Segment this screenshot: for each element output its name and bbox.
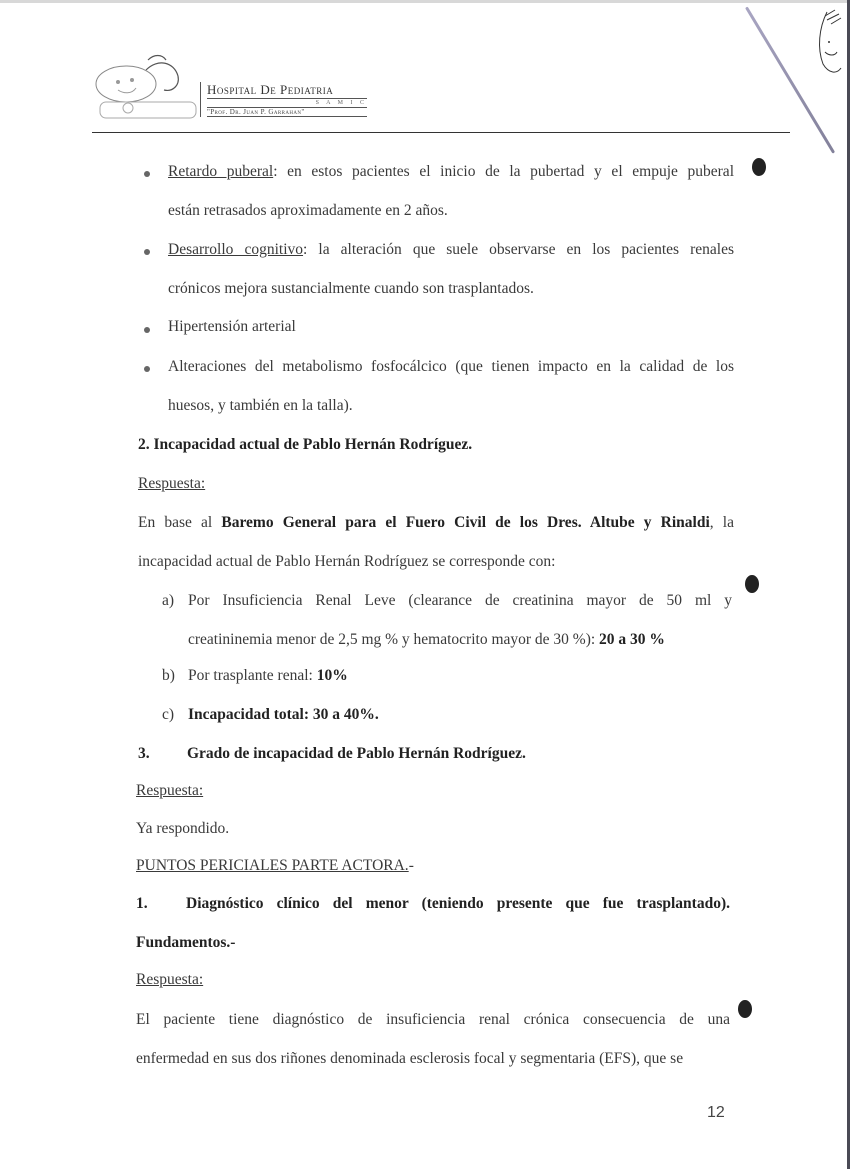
actora-answer-line2: enfermedad en sus dos riñones denominada… bbox=[136, 1050, 683, 1068]
hospital-logo: Hospital De Pediatria S A M I C "Prof. D… bbox=[88, 52, 368, 130]
bullet-icon bbox=[144, 171, 150, 177]
bullet-desarrollo-cont: crónicos mejora sustancialmente cuando s… bbox=[168, 280, 534, 298]
answer-label: Respuesta: bbox=[136, 782, 203, 800]
actora-q1-number: 1. bbox=[136, 895, 148, 913]
bullet-alteraciones: Alteraciones del metabolismo fosfocálcic… bbox=[168, 358, 734, 376]
punch-hole bbox=[738, 1000, 752, 1018]
section-2-intro-cont: incapacidad actual de Pablo Hernán Rodrí… bbox=[138, 553, 555, 571]
answer-label: Respuesta: bbox=[136, 971, 203, 989]
actora-title: PUNTOS PERICIALES PARTE ACTORA.- bbox=[136, 857, 414, 875]
section-3-heading: Grado de incapacidad de Pablo Hernán Rod… bbox=[187, 745, 526, 763]
actora-q1-heading: Diagnóstico clínico del menor (teniendo … bbox=[186, 895, 730, 913]
page-number: 12 bbox=[707, 1104, 725, 1122]
bullet-icon bbox=[144, 327, 150, 333]
bullet-icon bbox=[144, 366, 150, 372]
answer-label: Respuesta: bbox=[138, 475, 205, 493]
handwritten-doodle-icon bbox=[813, 8, 843, 78]
header-rule bbox=[92, 132, 790, 133]
hospital-org: S A M I C bbox=[207, 100, 367, 106]
item-a-marker: a) bbox=[162, 592, 174, 610]
bullet-icon bbox=[144, 249, 150, 255]
bullet-hipertension: Hipertensión arterial bbox=[168, 318, 296, 336]
section-2-intro: En base al Baremo General para el Fuero … bbox=[138, 514, 734, 532]
child-logo-icon bbox=[88, 52, 208, 124]
item-a-cont: creatininemia menor de 2,5 mg % y hemato… bbox=[188, 631, 665, 649]
item-c-marker: c) bbox=[162, 706, 174, 724]
section-3-answer: Ya respondido. bbox=[136, 820, 229, 838]
actora-q1-heading-cont: Fundamentos.- bbox=[136, 934, 235, 952]
punch-hole bbox=[745, 575, 759, 593]
item-b-marker: b) bbox=[162, 667, 175, 685]
punch-hole bbox=[752, 158, 766, 176]
section-2-heading: 2. Incapacidad actual de Pablo Hernán Ro… bbox=[138, 436, 472, 454]
item-b: Por trasplante renal: 10% bbox=[188, 667, 348, 685]
section-3-number: 3. bbox=[138, 745, 150, 763]
hospital-subtitle: "Prof. Dr. Juan P. Garrahan" bbox=[207, 107, 367, 117]
bullet-retardo-cont: están retrasados aproximadamente en 2 añ… bbox=[168, 202, 448, 220]
scan-edge-top bbox=[0, 0, 850, 3]
bullet-retardo: Retardo puberal: en estos pacientes el i… bbox=[168, 163, 734, 181]
item-c: Incapacidad total: 30 a 40%. bbox=[188, 706, 379, 724]
hospital-name: Hospital De Pediatria bbox=[207, 82, 367, 99]
item-a: Por Insuficiencia Renal Leve (clearance … bbox=[188, 592, 732, 610]
actora-answer-line1: El paciente tiene diagnóstico de insufic… bbox=[136, 1011, 730, 1029]
bullet-alteraciones-cont: huesos, y también en la talla). bbox=[168, 397, 353, 415]
bullet-desarrollo: Desarrollo cognitivo: la alteración que … bbox=[168, 241, 734, 259]
